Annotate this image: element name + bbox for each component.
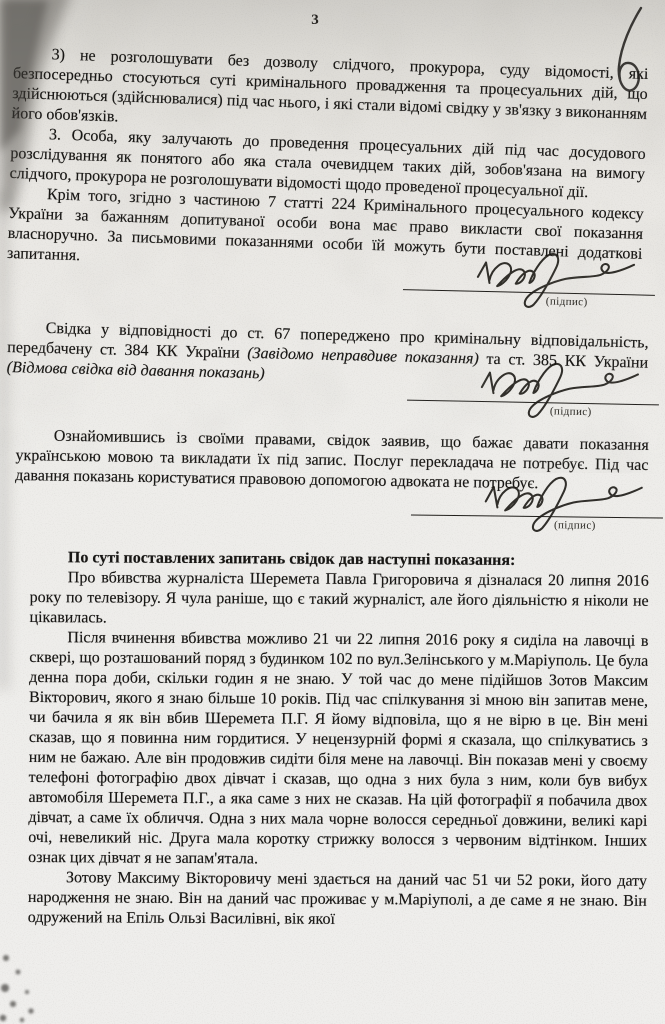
section-testimony: По суті поставлених запитань свідок дав … <box>0 548 665 932</box>
signature-block-2: (підпис) <box>407 378 660 423</box>
warning-article-384-note: (Завідомо неправдиве показання) <box>247 345 479 368</box>
scanned-document-page: 3 3) не розголошувати без дозволу слідчо… <box>0 0 665 1024</box>
paragraph-testimony-1: Про вбивства журналіста Шеремета Павла Г… <box>30 568 649 632</box>
signature-block-1: (підпис) <box>403 267 656 313</box>
paragraph-testimony-3: Зотову Максиму Вікторовичу мені здається… <box>28 868 647 932</box>
page-number: 3 <box>0 12 630 29</box>
warning-article-385-note: (Відмова свідка від давання показань) <box>7 359 265 382</box>
document-body: 3) не розголошувати без дозволу слідчого… <box>0 0 665 928</box>
paragraph-testimony-2: Після вчинення вбивства можливо 21 чи 22… <box>28 628 648 872</box>
handwritten-digit-6-icon <box>607 4 651 104</box>
signature-block-3: (підпис) <box>411 492 663 535</box>
